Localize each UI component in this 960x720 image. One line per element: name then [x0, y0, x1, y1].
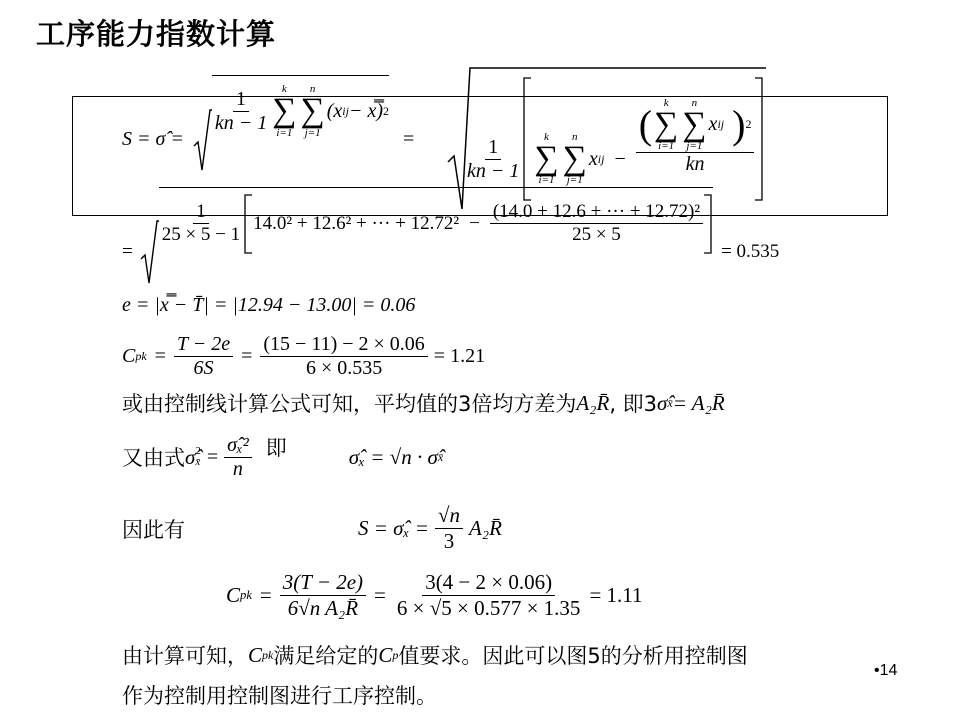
fraction-sigma-squared-over-n: σ̂ₓ² n: [224, 434, 252, 481]
slide-title: 工序能力指数计算: [36, 12, 276, 53]
radical-sign-icon: [192, 104, 212, 174]
left-bracket-icon: [522, 76, 532, 202]
numeric-substitution: = 1 25 × 5 − 1 14.0² + 12.6² + ··· + 12.…: [122, 216, 779, 288]
lhs: S = σ̂ =: [122, 128, 184, 151]
std-dev-definition: S = σ̂ = 1 kn − 1 k ∑ i=1 n ∑ j=1 (xij −…: [122, 104, 414, 174]
fraction-1-over-124: 1 25 × 5 − 1: [159, 201, 243, 246]
cpk-result-1: = 1.21: [434, 345, 485, 368]
fraction-numeric: (15 − 11) − 2 × 0.06 6 × 0.535: [260, 333, 427, 380]
right-bracket-icon: [754, 76, 764, 202]
sum-j: n ∑ j=1: [300, 84, 324, 138]
variance-relation-paragraph: 又由式 σ̂2x̄ = σ̂ₓ² n 即 σ̂ₓ = √n · σ̂x̄: [122, 424, 443, 490]
fraction-numeric: 3(4 − 2 × 0.06) 6 × √5 × 0.577 × 1.35: [394, 570, 584, 619]
sum-i: k ∑ i=1: [272, 84, 296, 138]
fraction-sqrt-n-over-3: √n 3: [435, 503, 463, 552]
std-dev-result: = 0.535: [721, 241, 779, 263]
cpk-formula-2: Cpk = 3(T − 2e) 6√n A₂R̄ = 3(4 − 2 × 0.0…: [226, 562, 643, 628]
conclusion-line-2: 作为控制用控制图进行工序控制。: [122, 680, 437, 710]
therefore-label: 因此有: [122, 514, 185, 544]
fraction-symbolic: 3(T − 2e) 6√n A₂R̄: [280, 570, 366, 619]
s-equals-formula: S = σ̂ₓ = √n 3 A₂R̄: [358, 498, 502, 558]
conclusion-line-1: 由计算可知， Cpk 满足给定的 Cp 值要求。因此可以图5的分析用控制图: [122, 640, 748, 670]
left-bracket-icon: [243, 193, 253, 255]
fraction-1-over-kn-1: 1 kn − 1: [464, 136, 522, 183]
radical-sign-icon: [139, 217, 159, 287]
page-number: •14: [874, 662, 897, 680]
fraction-sum-squared: (14.0 + 12.6 + ··· + 12.72)² 25 × 5: [490, 201, 703, 246]
eccentricity-formula: e = |x̿ − T̄| = |12.94 − 13.00| = 0.06: [122, 294, 415, 317]
control-line-paragraph: 或由控制线计算公式可知，平均值的3倍均方差为 A₂R̄ , 即3 σ̂x̄ = …: [122, 388, 725, 418]
right-bracket-icon: [703, 193, 713, 255]
fraction-1-over-kn-1: 1 kn − 1: [212, 88, 270, 135]
cpk-result-2: = 1.11: [589, 583, 642, 608]
fraction-t-2e-over-6s: T − 2e 6S: [174, 333, 233, 380]
fraction-sum-squared-over-kn: ( k∑i=1 n∑j=1 xij )2 kn: [636, 98, 755, 176]
sum-of-squares: 14.0² + 12.6² + ··· + 12.72²: [253, 213, 459, 235]
cpk-formula-1: Cpk = T − 2e 6S = (15 − 11) − 2 × 0.06 6…: [122, 328, 485, 384]
